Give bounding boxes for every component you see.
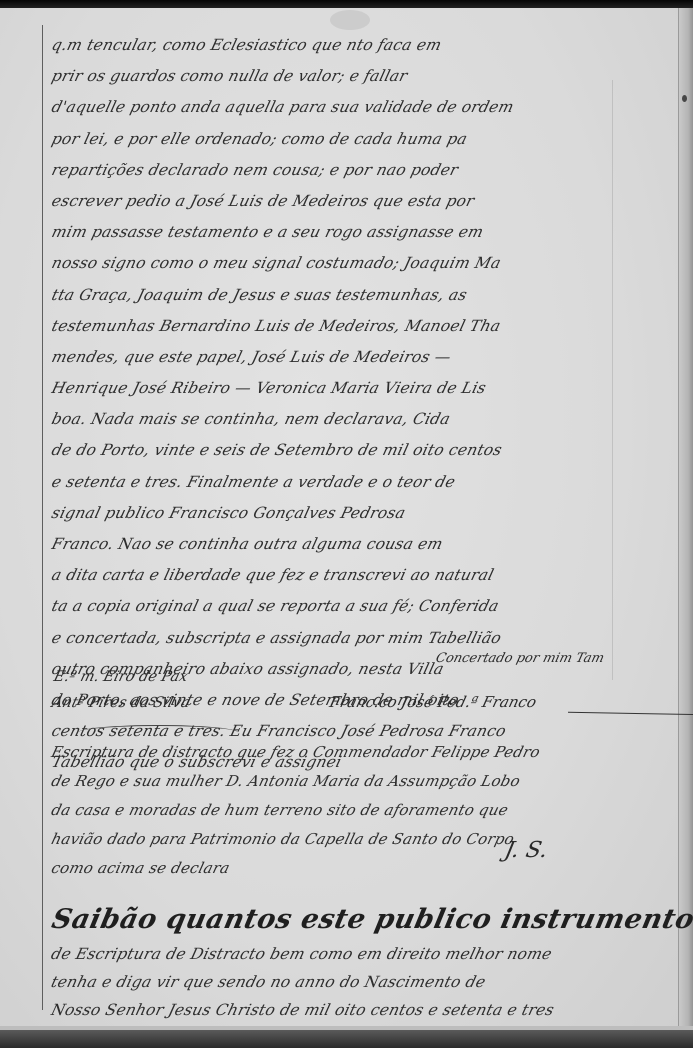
text-line: como acima se declara — [48, 854, 680, 883]
text-line: ta a copia original a qual se reporta a … — [48, 591, 681, 622]
signature-right-2: Franc.co José Ped.ª Franco — [328, 693, 539, 711]
signature-area: E.º m. Eiro de Pax Antº Pires da Silva C… — [48, 665, 673, 735]
text-line: q.m tencular, como Eclesiastico que nto … — [48, 30, 681, 61]
deed-heading: Saibão quantos este publico instrumento — [48, 900, 682, 940]
text-line: tta Graça, Joaquim de Jesus e suas teste… — [48, 280, 681, 311]
text-line: nosso signo como o meu signal costumado;… — [48, 248, 681, 279]
new-deed-opening: Saibão quantos este publico instrumento … — [48, 900, 673, 1024]
text-line: repartições declarado nem cousa; e por n… — [48, 155, 681, 186]
text-line: de Escriptura de Distracto bem como em d… — [48, 940, 680, 968]
text-line: signal publico Francisco Gonçalves Pedro… — [48, 498, 681, 529]
signature-left-1: E.º m. Eiro de Pax — [52, 669, 189, 685]
scan-top-border — [0, 0, 693, 8]
text-line: Escriptura de distracto que fez o Commen… — [48, 738, 680, 767]
signature-right-1: Concertado por mim Tam — [434, 651, 606, 666]
text-line: e setenta e tres. Finalmente a verdade e… — [48, 467, 681, 498]
text-line: tenha e diga vir que sendo no anno do Na… — [48, 968, 680, 996]
scan-bottom-border — [0, 1030, 693, 1048]
text-line: mendes, que este papel, José Luis de Med… — [48, 342, 681, 373]
clerk-initials: J. S. — [502, 838, 550, 863]
deed-title-entry: Escriptura de distracto que fez o Commen… — [48, 738, 673, 883]
text-line: e concertada, subscripta e assignada por… — [48, 623, 681, 654]
text-line: da casa e moradas de hum terreno sito de… — [48, 796, 680, 825]
text-line: havião dado para Patrimonio da Capella d… — [48, 825, 680, 854]
text-line: de Rego e sua mulher D. Antonia Maria da… — [48, 767, 680, 796]
text-line: escrever pedio a José Luis de Medeiros q… — [48, 186, 681, 217]
text-line: Henrique José Ribeiro — Veronica Maria V… — [48, 373, 681, 404]
ink-spot — [682, 95, 687, 102]
page-right-edge — [678, 8, 693, 1026]
text-line: boa. Nada mais se continha, nem declarav… — [48, 404, 681, 435]
text-line: a dita carta e liberdade que fez e trans… — [48, 560, 681, 591]
text-line: Nosso Senhor Jesus Christo de mil oito c… — [48, 996, 680, 1024]
text-line: testemunhas Bernardino Luis de Medeiros,… — [48, 311, 681, 342]
signature-left-2: Antº Pires da Silva — [50, 695, 192, 711]
left-margin-rule — [42, 25, 43, 1010]
text-line: de do Porto, vinte e seis de Setembro de… — [48, 435, 681, 466]
text-line: prir os guardos como nulla de valor; e f… — [48, 61, 681, 92]
text-line: mim passasse testamento e a seu rogo ass… — [48, 217, 681, 248]
text-line: por lei, e por elle ordenado; como de ca… — [48, 124, 681, 155]
text-line: d'aquelle ponto anda aquella para sua va… — [48, 92, 681, 123]
scanned-document-page: q.m tencular, como Eclesiastico que nto … — [0, 0, 693, 1048]
text-line: Franco. Nao se continha outra alguma cou… — [48, 529, 681, 560]
paper-stain — [330, 10, 370, 30]
